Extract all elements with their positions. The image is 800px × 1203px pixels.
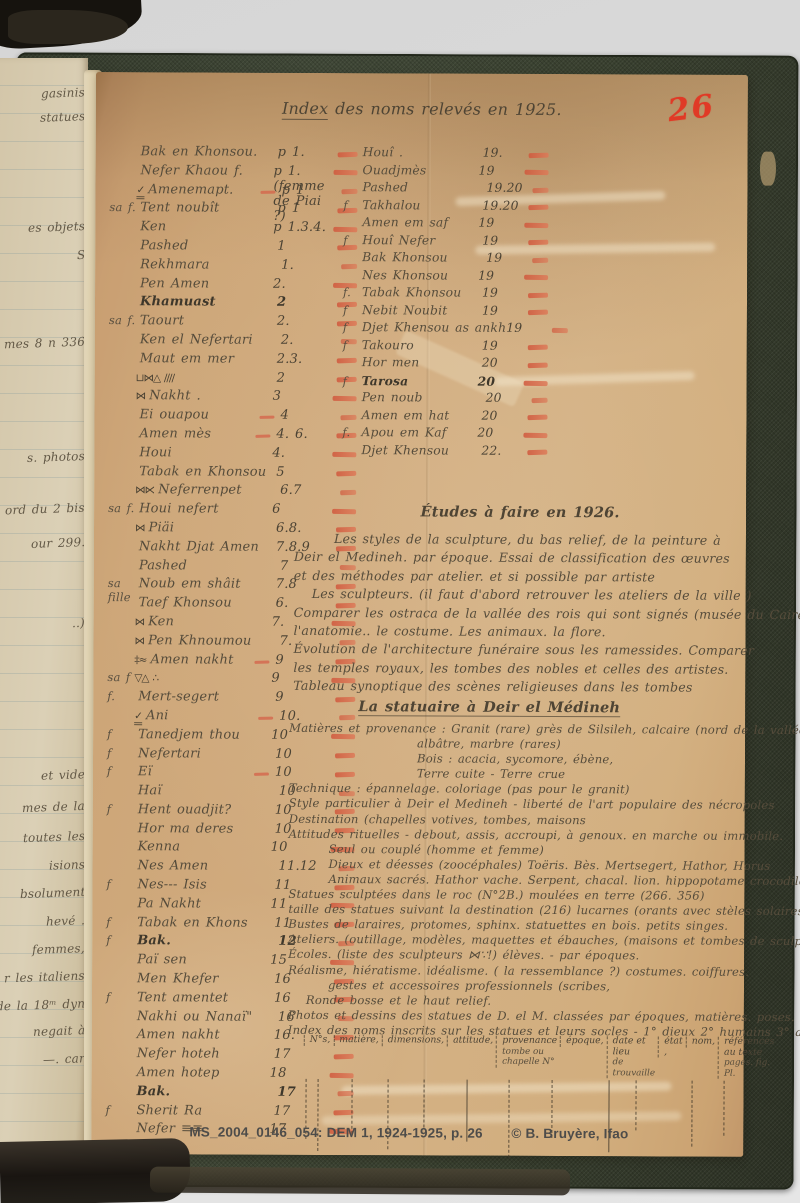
red-tick	[529, 152, 549, 157]
entry-name: Pen Amen	[140, 276, 273, 292]
column-sublabel: de trouvaille	[612, 1057, 655, 1078]
index-entry: f Tarosa 20	[343, 373, 548, 391]
index-entry: f Nebit Noubit 19	[343, 303, 548, 321]
line-text: Comparer les ostraca de la vallée des ro…	[294, 604, 800, 621]
line-text: Terre cuite - Terre crue	[417, 767, 565, 782]
cover-bottom-edge	[150, 1167, 570, 1196]
hieroglyph-doodle: ⋈	[136, 391, 146, 403]
line-text: Attitudes rituelles - debout, assis, acc…	[289, 827, 784, 843]
entry-name: Maut em mer	[140, 351, 277, 367]
entry-name: Hor men	[362, 355, 482, 370]
entry-name: Tent amentet	[137, 990, 274, 1006]
entry-prefix: f	[343, 233, 358, 247]
section-heading: La statuaire à Deir el Médineh	[289, 698, 749, 717]
entry-name: Eï	[138, 764, 254, 780]
entry-name: Hor ma deres	[138, 821, 275, 837]
entry-prefix: f.	[342, 425, 357, 439]
line-text: Bois : acacia, sycomore, ébène,	[417, 752, 613, 767]
handwritten-line: Évolution de l'architecture funéraire so…	[293, 640, 745, 660]
column-label: état ,	[664, 1035, 683, 1057]
index-entry: Pen noub 20	[343, 390, 548, 408]
red-tick	[528, 310, 548, 315]
line-text: Tableau synoptique des scènes religieuse…	[293, 678, 692, 695]
line-text: Les styles de la sculpture, du bas relie…	[334, 531, 721, 548]
index-entry: Bak en Khonsou. p 1.	[110, 144, 358, 164]
heading-pre: La statuaire	[358, 698, 467, 716]
page-fragment-text: de la 18ᵐ dyn	[0, 996, 85, 1013]
line-text: les temples royaux, les tombes des noble…	[293, 660, 728, 677]
entry-name: Tabak en Khonsou	[139, 464, 276, 480]
line-text: et des méthodes par atelier. et si possi…	[294, 568, 655, 585]
binding-shadow	[8, 10, 128, 44]
entry-pages: 2	[277, 370, 335, 385]
handwritten-line: et des méthodes par atelier. et si possi…	[294, 567, 746, 587]
index-entry: Nefer Khaou f. p 1. (femme de Piai ?)	[110, 163, 358, 183]
entry-name: Ei ouapou	[139, 407, 259, 423]
line-text: Écoles. (liste des sculpteurs ⋈∵!) élève…	[288, 947, 639, 963]
table-column-header: état ,	[658, 1036, 686, 1057]
line-text: Matières et provenance : Granit (rare) g…	[289, 721, 800, 738]
entry-name: Pen Khnoumou	[148, 633, 280, 649]
hieroglyph-doodle: ▽△ ∴	[134, 672, 158, 684]
index-entry: Houi 4.	[108, 445, 356, 465]
entry-name: Ken	[140, 219, 273, 235]
entry-pages: p 1	[281, 182, 339, 197]
entry-pages: 4. 6.	[276, 427, 334, 442]
entry-pages: 19	[486, 251, 530, 265]
entry-name: Amen nakht	[137, 1028, 274, 1044]
column-separator	[317, 1079, 318, 1151]
column-sublabel: pages. fig. Pl.	[724, 1058, 774, 1079]
column-label: date et lieu	[613, 1035, 646, 1057]
red-tick	[336, 471, 356, 476]
entry-name: Amenemapt.	[148, 182, 260, 197]
table-column-header: références au texte pages. fig. Pl.	[718, 1037, 777, 1079]
page-fragment-text: r les italiens	[4, 969, 85, 986]
entry-prefix: f	[107, 764, 134, 778]
entry-pages: 20	[486, 391, 530, 405]
handwritten-line: Les styles de la sculpture, du bas relie…	[334, 530, 746, 550]
entry-name: Houî .	[363, 145, 483, 160]
line-text: Ateliers. (outillage, modèles, maquettes…	[288, 932, 800, 949]
entry-name: Bak en Khonsou.	[141, 144, 278, 160]
entry-pages: 1	[277, 239, 335, 254]
page-fragment-text: ord du 2 bis	[5, 501, 85, 518]
entry-pages: 22.	[481, 443, 525, 457]
index-entry: Amen mès 4. 6.	[108, 426, 356, 446]
entry-pages: 19	[478, 216, 522, 230]
heading-underlined: à Deir	[467, 699, 519, 717]
etudes-section: Études à faire en 1926. Les styles de la…	[293, 503, 746, 698]
entry-name: Ken el Nefertari	[140, 332, 281, 348]
entry-name: Pashed	[362, 180, 486, 195]
entry-pages: 20	[482, 356, 526, 370]
red-tick	[527, 450, 547, 455]
line-text: Style particulier à Deir el Medineh - li…	[289, 796, 775, 812]
entry-name: Djet Khensou	[361, 443, 481, 458]
entry-name: Ouadjmès	[363, 163, 479, 178]
red-dash-mid	[254, 773, 269, 776]
column-label: époque,	[566, 1035, 604, 1046]
entry-name: Hent ouadjit?	[138, 802, 275, 818]
line-text: l'anatomie.. le costume. Les animaux. la…	[294, 623, 606, 639]
entry-prefix: f	[106, 915, 133, 929]
red-dash-mid	[254, 660, 269, 663]
entry-pages: 20	[478, 373, 522, 388]
entry-pages: 2	[277, 295, 335, 310]
entry-name: Nebit Noubit	[362, 303, 482, 318]
index-entry: Ken el Nefertari 2.	[109, 332, 357, 352]
line-text: Technique : épannelage. coloriage (pas p…	[289, 781, 630, 796]
entry-prefix: sa f.	[108, 501, 135, 515]
copyright-caption: © B. Bruyère, Ifao	[511, 1126, 628, 1142]
entry-name: Bak Khonsou	[362, 250, 486, 265]
index-entry: Bak Khonsou 19	[343, 250, 548, 268]
entry-name: Sherit Ra	[136, 1103, 273, 1119]
column-label: références au texte	[724, 1036, 774, 1058]
entry-pages: 19	[482, 303, 526, 317]
entry-name: Takouro	[362, 338, 482, 353]
column-sublabel: tombe ou chapelle N°	[502, 1046, 557, 1067]
entry-pages: 20	[481, 408, 525, 422]
table-column-header: provenance tombe ou chapelle N°	[496, 1036, 560, 1068]
column-separator	[723, 1081, 724, 1136]
index-entry: Houî . 19.	[344, 145, 549, 163]
entry-name: Mert-segert	[138, 689, 275, 705]
entry-name: Noub em shâit	[139, 577, 276, 593]
column-label: nom,	[692, 1036, 715, 1047]
previous-page-edge: gasinis statues es objets S mes 8 n 336 …	[0, 58, 88, 1160]
line-text: Évolution de l'architecture funéraire so…	[293, 641, 754, 658]
red-tick	[528, 240, 548, 245]
line-text: albâtre, marbre (rares)	[417, 737, 561, 752]
page-fragment-text: hevé .	[46, 913, 86, 928]
entry-pages: 19	[506, 321, 550, 335]
handwritten-line: Terre cuite - Terre crue	[417, 767, 749, 784]
entry-prefix: f	[343, 374, 358, 388]
table-column-header: dimensions,	[382, 1035, 447, 1046]
index-entry: f Takouro 19	[343, 338, 548, 356]
index-entry: f Takhalou 19.20	[343, 198, 548, 216]
entry-name: Tabak Khonsou	[362, 285, 482, 300]
entry-name: Tarosa	[362, 373, 478, 389]
entry-name: Nefer hoteh	[137, 1046, 274, 1062]
entry-prefix: f	[107, 727, 134, 741]
red-tick	[523, 432, 547, 437]
page-fragment-text: s. photos	[27, 449, 85, 465]
handwritten-line: Matières et provenance : Granit (rare) g…	[289, 721, 749, 738]
handwritten-line: Bois : acacia, sycomore, ébène,	[417, 752, 749, 769]
entry-pages: 3	[273, 389, 331, 404]
line-text: Seul ou couplé (homme et femme)	[329, 842, 544, 857]
column-label: dimensions,	[388, 1034, 444, 1045]
entry-pages: p 1.3.4.	[273, 220, 331, 235]
hieroglyph-doodle: ⋈⋉	[135, 485, 154, 497]
entry-name: Men Khefer	[137, 971, 274, 987]
index-entry: Rekhmara 1.	[109, 257, 357, 277]
entry-pages: 2.3.	[277, 352, 335, 367]
index-entry: Khamuast 2	[109, 294, 357, 314]
entry-name: Amen em saf	[362, 215, 478, 230]
entry-pages: 2.	[273, 276, 331, 291]
folio-number: 26	[666, 88, 717, 129]
entry-name: Nes Khonsou	[362, 268, 478, 283]
entry-pages: 2.	[277, 314, 335, 329]
line-text: Photos et dessins des statues de D. el M…	[288, 1008, 795, 1024]
entry-name: Nefertari	[138, 746, 275, 762]
column-separators	[303, 1077, 739, 1164]
line-text: Deir el Medineh. par époque. Essai de cl…	[294, 549, 730, 566]
entry-pages: 1.	[281, 258, 339, 273]
hieroglyph-doodle: ⊔⋈△ ////	[136, 372, 174, 384]
entry-prefix: f	[107, 802, 134, 816]
entry-name: Haï	[138, 783, 279, 799]
index-entry: Amen em hat 20	[342, 408, 547, 426]
heading-post: el Médineh	[519, 699, 620, 717]
entry-pages: p 1.	[278, 145, 336, 160]
entry-name: Bak.	[137, 934, 278, 950]
red-dash-mid	[259, 416, 274, 419]
entry-prefix: f	[343, 198, 358, 212]
entry-prefix: f.	[107, 689, 134, 703]
entry-name: Nakhi ou Nanaï"	[137, 1009, 278, 1025]
section-heading: Études à faire en 1926.	[294, 503, 746, 522]
archive-caption: MS_2004_0146_054: DEM 1, 1924-1925, p. 2…	[189, 1124, 482, 1140]
page-fragment-text: femmes,	[32, 941, 85, 957]
entry-prefix: f	[106, 990, 133, 1004]
table-column-header: époque,	[560, 1036, 606, 1047]
column-separator	[691, 1081, 692, 1147]
entry-name: Neferrenpet	[158, 483, 280, 499]
scanned-notebook-page: gasinis statues es objets S mes 8 n 336 …	[0, 0, 800, 1203]
index-entry: Pashed 1	[109, 238, 357, 258]
line-text: Réalisme, hiératisme. idéalisme. ( la re…	[288, 962, 749, 978]
red-tick	[527, 415, 547, 420]
table-column-header: attitude,	[447, 1036, 496, 1047]
entry-pages: 6.7	[280, 483, 338, 498]
entry-name: Amen hotep	[137, 1065, 270, 1081]
page-fragment-text: our 299.	[30, 535, 85, 551]
entry-pages: 4	[280, 408, 338, 423]
line-text: Les sculpteurs. (il faut d'abord retrouv…	[312, 586, 752, 603]
entry-name: Bak.	[137, 1084, 278, 1100]
entry-name: Nes--- Isis	[137, 877, 274, 893]
entry-name: Ani	[146, 708, 258, 723]
column-label: matière,	[339, 1034, 379, 1045]
hieroglyph-doodle: ✓	[136, 184, 144, 199]
red-tick	[552, 327, 568, 332]
index-entry: Hor men 20	[343, 355, 548, 373]
red-tick	[528, 205, 548, 210]
table-column-header: N°s,	[304, 1035, 334, 1046]
entry-name: Tabak en Khons	[137, 915, 274, 931]
cover-wear-spot	[760, 152, 776, 186]
handwritten-line: l'anatomie.. le costume. Les animaux. la…	[294, 622, 746, 642]
line-text: Statues sculptées dans le roc (N°2B.) mo…	[288, 887, 704, 903]
entry-name: Pashed	[140, 238, 277, 254]
column-separator	[635, 1080, 636, 1130]
entry-pages: 19	[478, 268, 522, 282]
entry-pages: 19.20	[482, 198, 526, 212]
page-fragment-text: statues	[39, 109, 85, 125]
entry-name: Taourt	[140, 313, 277, 329]
entry-prefix: f	[106, 934, 133, 948]
red-dash-mid	[255, 434, 270, 437]
entry-name: Paï sen	[137, 952, 270, 968]
entry-name: Amen em hat	[361, 408, 481, 423]
entry-pages: 2.	[281, 333, 339, 348]
entry-pages: 20	[477, 426, 521, 440]
column-label: attitude,	[453, 1035, 493, 1046]
line-text: Animaux sacrés. Hathor vache. Serpent, c…	[328, 872, 800, 888]
index-right-column: Houî . 19. Ouadjmès 19	[342, 145, 548, 461]
line-text: Bustes de laraires, protomes, sphinx. st…	[288, 917, 728, 933]
page-fragment-text: mes de la	[22, 799, 85, 815]
entry-name: Nefer Khaou f.	[141, 163, 274, 179]
index-entry: sa f. Taourt 2.	[109, 313, 357, 333]
entry-prefix: f	[106, 877, 133, 891]
entry-name: Pashed	[139, 558, 280, 574]
entry-name: Rekhmara	[140, 257, 281, 273]
red-dash-mid	[258, 716, 273, 719]
table-column-header: matière,	[333, 1035, 382, 1046]
entry-name: Piäi	[148, 520, 276, 536]
column-separator	[608, 1080, 609, 1152]
entry-prefix: f	[343, 303, 358, 317]
index-entry: f Houî Nefer 19	[343, 233, 548, 251]
table-column-header: nom,	[686, 1037, 718, 1048]
index-entry: Ouadjmès 19	[344, 163, 549, 181]
page-title-rest: des noms relevés en 1925.	[328, 99, 561, 119]
entry-name: Houi	[139, 445, 272, 461]
entry-prefix: f	[343, 320, 358, 334]
entry-prefix: sa f.	[109, 200, 136, 214]
entry-prefix: f	[107, 746, 134, 760]
handwritten-line: les temples royaux, les tombes des noble…	[293, 659, 745, 679]
entry-name: Nakht Djat Amen	[139, 539, 276, 555]
page-fragment-text: toutes les	[22, 829, 85, 845]
entry-name: Kenna	[138, 840, 271, 856]
index-entry: f. Apou em Kaf 20	[342, 425, 547, 443]
index-entry: ⊔⋈△ //// 2	[109, 370, 357, 390]
entry-pages: 4.	[272, 446, 330, 461]
entry-name: Ken	[148, 614, 272, 630]
entry-name: Djet Khensou as ankh	[362, 320, 506, 335]
table-column-header: date et lieu de trouvaille	[606, 1036, 658, 1078]
hieroglyph-doodle: ⋈	[135, 522, 145, 534]
entry-pages: p 1	[277, 201, 335, 216]
entry-name: Nakht .	[149, 389, 273, 405]
column-label: N°s,	[310, 1034, 331, 1045]
index-entry: Djet Khensou 22.	[342, 443, 547, 461]
page-fragment-text: et vide	[41, 767, 86, 783]
entry-pages: 19.	[483, 146, 527, 160]
column-separator	[423, 1079, 424, 1127]
index-entry: Pashed 19.20	[343, 180, 548, 198]
entry-name: Amen nakht	[150, 652, 254, 667]
page-fragment-text: es objets	[28, 219, 86, 235]
page-fragment-text: bsolument	[19, 885, 85, 901]
entry-prefix: f	[105, 1103, 132, 1117]
entry-name: Tanedjem thou	[138, 727, 271, 743]
entry-pages: 19	[482, 338, 526, 352]
entry-name: Pa Nakht	[137, 896, 270, 912]
entry-pages: 19	[479, 163, 523, 177]
index-entry: Nes Khonsou 19	[343, 268, 548, 286]
red-tick	[528, 292, 548, 297]
index-entry: Tabak en Khonsou 5	[108, 464, 356, 484]
line-text: Destination (chapelles votives, tombes, …	[289, 811, 586, 826]
entry-prefix: f	[343, 338, 358, 352]
handwritten-line: Deir el Medineh. par époque. Essai de cl…	[294, 548, 746, 568]
page-title-underlined: Index	[282, 99, 328, 120]
entry-name: Nes Amen	[138, 858, 279, 874]
entry-prefix: sa f	[107, 670, 134, 684]
handwritten-line: Les sculpteurs. (il faut d'abord retrouv…	[312, 585, 746, 605]
column-separator	[508, 1080, 509, 1158]
entry-name: Apou em Kaf	[361, 425, 477, 440]
index-entry: Maut em mer 2.3.	[109, 351, 357, 371]
red-tick	[528, 345, 548, 350]
page-fragment-text: gasinis	[41, 85, 85, 101]
entry-prefix: f.	[343, 285, 358, 299]
hieroglyph-doodle: ‡≈	[134, 654, 146, 666]
column-label: provenance	[502, 1035, 557, 1046]
entry-name: Amen mès	[139, 426, 255, 442]
entry-pages: 5	[276, 464, 334, 479]
entry-prefix: sa f.	[109, 313, 136, 327]
line-text: Ronde bosse et le haut relief.	[306, 993, 491, 1008]
red-tick	[532, 257, 548, 262]
page-fragment-text: isions	[49, 857, 86, 872]
entry-name: Takhalou	[362, 198, 482, 213]
red-tick	[532, 397, 548, 402]
index-entry: f. Tabak Khonsou 19	[343, 285, 548, 303]
table-sketch: N°s, matière, dimensions, attitu	[303, 1035, 740, 1164]
entry-prefix: sa fille	[108, 576, 135, 604]
red-tick	[340, 490, 356, 495]
red-tick	[524, 275, 548, 280]
page-fragment-text: —. car	[43, 1051, 85, 1066]
index-entry: ⋈ Nakht . 3	[109, 388, 357, 408]
entry-name: Taef Khonsou	[139, 595, 276, 611]
handwritten-line: albâtre, marbre (rares)	[417, 737, 749, 754]
red-tick	[524, 381, 548, 386]
page-fragment-text: negait à	[32, 1023, 85, 1039]
handwritten-line: Comparer les ostraca de la vallée des ro…	[294, 603, 746, 623]
statuaire-section: La statuaire à Deir el Médineh Matières …	[288, 698, 749, 1040]
red-tick	[528, 362, 548, 367]
hieroglyph-doodle: ⋈	[135, 616, 145, 628]
line-text: taille des statues suivant la destinatio…	[288, 902, 800, 918]
red-tick	[524, 222, 548, 227]
entry-pages: 19	[482, 233, 526, 247]
entry-name: Khamuast	[140, 295, 277, 311]
page-fragment-text: mes 8 n 336	[4, 335, 86, 352]
line-text: gestes et accessoires professionnels (sc…	[328, 978, 610, 993]
index-entry: Pen Amen 2.	[109, 276, 357, 296]
hieroglyph-doodle: ✓	[134, 710, 142, 725]
entry-pages: 19.20	[486, 181, 530, 195]
entry-name: Houi nefert	[139, 501, 272, 517]
red-dash-mid	[260, 190, 275, 193]
page-title: Index des noms relevés en 1925.	[96, 98, 748, 120]
index-entry: Amen em saf 19	[343, 215, 548, 233]
index-entry: Ei ouapou 4	[108, 407, 356, 427]
index-entry: f Djet Khensou as ankh 19	[343, 320, 548, 338]
entry-name: Pen noub	[362, 390, 486, 405]
handwritten-line: Tableau synoptique des scènes religieuse…	[293, 677, 745, 697]
